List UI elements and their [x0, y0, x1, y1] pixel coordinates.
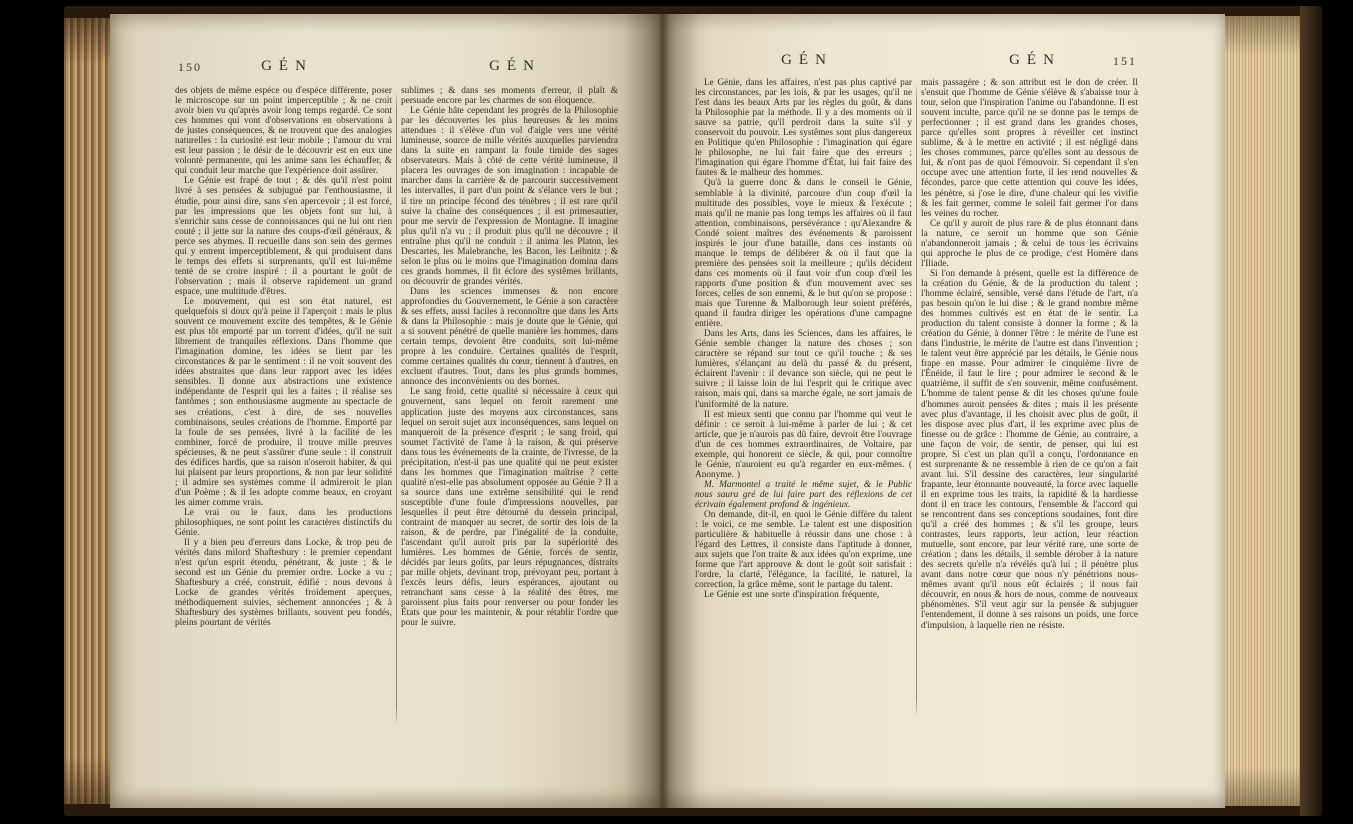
left-page-text: des objets de même espéce ou d'espéce di… — [175, 86, 618, 730]
running-head-gen: GÉN — [403, 58, 620, 75]
open-book: 150 GÉN GÉN des objets de même espéce ou… — [64, 6, 1322, 816]
text-column: sublimes ; & dans ses moments d'erreur, … — [401, 86, 618, 730]
text-column: Le Génie, dans les affaires, n'est pas p… — [695, 78, 912, 722]
paragraph: des objets de même espéce ou d'espéce di… — [175, 86, 392, 176]
right-page-text: Le Génie, dans les affaires, n'est pas p… — [695, 78, 1138, 722]
paragraph: Le Génie est frapé de tout ; & dès qu'il… — [175, 176, 392, 297]
running-head-gen: GÉN — [695, 52, 912, 69]
left-page-fore-edge — [64, 18, 112, 804]
paragraph: Si l'on demande à présent, quelle est la… — [921, 269, 1138, 631]
running-head-gen: GÉN — [175, 58, 392, 75]
text-column: des objets de même espéce ou d'espéce di… — [175, 86, 392, 730]
text-column: mais passagère ; & son attribut est le d… — [921, 78, 1138, 722]
running-head-gen: GÉN — [923, 52, 1140, 69]
paragraph: Il y a bien peu d'erreurs dans Locke, & … — [175, 538, 392, 628]
column-rule — [916, 82, 917, 718]
paragraph: Il est mieux senti que connu par l'homme… — [695, 410, 912, 480]
paragraph: Dans les Arts, dans les Sciences, dans l… — [695, 329, 912, 409]
left-page: 150 GÉN GÉN des objets de même espéce ou… — [110, 14, 660, 808]
paragraph: Dans les sciences immenses & non encore … — [401, 287, 618, 387]
page-number-right: 151 — [1113, 54, 1137, 69]
right-page: GÉN GÉN 151 Le Génie, dans les affaires,… — [660, 14, 1225, 808]
right-page-edge-stack — [1225, 16, 1300, 806]
photo-background: { "palette": { "background": "#000000", … — [0, 0, 1353, 824]
paragraph: Le mouvement, qui est son état naturel, … — [175, 297, 392, 508]
paragraph: Qu'à la guerre donc & dans le conseil le… — [695, 178, 912, 329]
paragraph: sublimes ; & dans ses moments d'erreur, … — [401, 86, 618, 106]
paragraph: Le Génie, dans les affaires, n'est pas p… — [695, 78, 912, 178]
paragraph: Le Génie est une sorte d'inspiration fré… — [695, 590, 912, 600]
right-running-head: GÉN GÉN 151 — [695, 52, 1140, 72]
paragraph: On demande, dit-il, en quoi le Génie dif… — [695, 510, 912, 590]
paragraph: Le sang froid, cette qualité si nécessai… — [401, 387, 618, 628]
column-rule — [396, 90, 397, 726]
paragraph: Ce qu'il y auroit de plus rare & de plus… — [921, 219, 1138, 269]
paragraph: M. Marmontel a traité le même sujet, & l… — [695, 480, 912, 510]
paragraph: mais passagère ; & son attribut est le d… — [921, 78, 1138, 219]
left-running-head: 150 GÉN GÉN — [175, 58, 620, 78]
paragraph: Le vrai ou le faux, dans les productions… — [175, 508, 392, 538]
paragraph: Le Génie hâte cependant les progrès de l… — [401, 106, 618, 287]
right-leather-cover — [1300, 6, 1322, 816]
